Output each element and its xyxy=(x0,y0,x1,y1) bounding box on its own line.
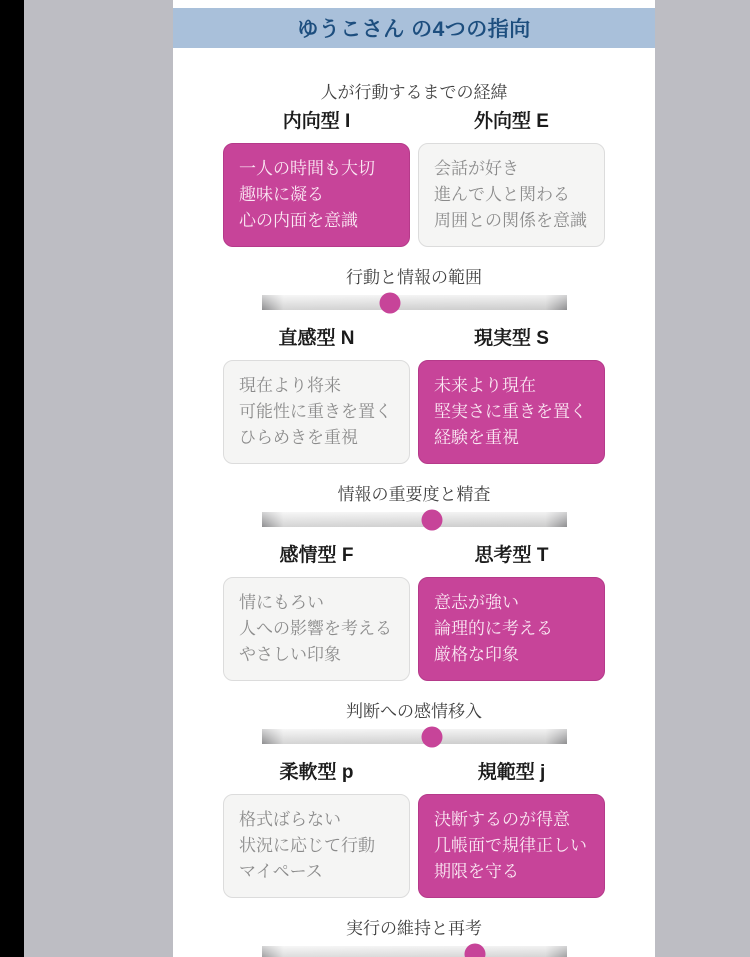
trait-line: 心の内面を意識 xyxy=(239,208,394,234)
trait-line: 情にもろい xyxy=(239,590,394,616)
trait-box: 会話が好き 進んで人と関わる 周囲との関係を意識 xyxy=(418,143,605,247)
trait-line: マイペース xyxy=(239,859,394,885)
slider-track xyxy=(262,512,567,527)
trait-box-row: 現在より将来 可能性に重きを置く ひらめきを重視 未来より現在 堅実さに重きを置… xyxy=(173,360,655,464)
type-heading-right: 外向型 E xyxy=(418,111,605,133)
trait-box-selected: 未来より現在 堅実さに重きを置く 経験を重視 xyxy=(418,360,605,464)
slider-label: 情報の重要度と精査 xyxy=(173,480,655,505)
slider-track xyxy=(262,946,567,957)
left-black-edge xyxy=(0,0,24,957)
type-heading-row: 感情型 F 思考型 T xyxy=(173,545,655,567)
type-heading-row: 内向型 I 外向型 E xyxy=(173,111,655,133)
section-i-e: 内向型 I 外向型 E 一人の時間も大切 趣味に凝る 心の内面を意識 会話が好き… xyxy=(173,111,655,310)
trait-line: 会話が好き xyxy=(434,156,589,182)
trait-line: 可能性に重きを置く xyxy=(239,399,394,425)
trait-line: 几帳面で規律正しい xyxy=(434,833,589,859)
trait-box-selected: 決断するのが得意 几帳面で規律正しい 期限を守る xyxy=(418,794,605,898)
right-gutter xyxy=(655,0,750,957)
trait-box-row: 格式ばらない 状況に応じて行動 マイペース 決断するのが得意 几帳面で規律正しい… xyxy=(173,794,655,898)
type-heading-left: 感情型 F xyxy=(223,545,410,567)
intro-label: 人が行動するまでの経緯 xyxy=(173,78,655,103)
section-f-t: 感情型 F 思考型 T 情にもろい 人への影響を考える やさしい印象 意志が強い… xyxy=(173,545,655,744)
type-heading-right: 規範型 j xyxy=(418,762,605,784)
type-heading-left: 柔軟型 p xyxy=(223,762,410,784)
type-heading-left: 直感型 N xyxy=(223,328,410,350)
type-heading-right: 思考型 T xyxy=(418,545,605,567)
type-heading-left: 内向型 I xyxy=(223,111,410,133)
title-bar: ゆうこさん の4つの指向 xyxy=(173,8,655,48)
slider-thumb xyxy=(422,509,443,530)
trait-line: 進んで人と関わる xyxy=(434,182,589,208)
trait-line: 意志が強い xyxy=(434,590,589,616)
slider-track xyxy=(262,295,567,310)
section-p-j: 柔軟型 p 規範型 j 格式ばらない 状況に応じて行動 マイペース 決断するのが… xyxy=(173,762,655,957)
slider-thumb xyxy=(379,292,400,313)
trait-line: 厳格な印象 xyxy=(434,642,589,668)
content-area: ゆうこさん の4つの指向 人が行動するまでの経緯 内向型 I 外向型 E 一人の… xyxy=(173,0,655,957)
page-title: ゆうこさん の4つの指向 xyxy=(297,13,531,43)
trait-line: 経験を重視 xyxy=(434,425,589,451)
type-heading-row: 柔軟型 p 規範型 j xyxy=(173,762,655,784)
left-gutter xyxy=(24,0,173,957)
trait-line: 周囲との関係を意識 xyxy=(434,208,589,234)
slider-track xyxy=(262,729,567,744)
trait-line: 格式ばらない xyxy=(239,807,394,833)
trait-box: 格式ばらない 状況に応じて行動 マイペース xyxy=(223,794,410,898)
trait-line: ひらめきを重視 xyxy=(239,425,394,451)
trait-box-selected: 意志が強い 論理的に考える 厳格な印象 xyxy=(418,577,605,681)
trait-line: 一人の時間も大切 xyxy=(239,156,394,182)
trait-line: 現在より将来 xyxy=(239,373,394,399)
trait-line: 堅実さに重きを置く xyxy=(434,399,589,425)
slider-thumb xyxy=(422,726,443,747)
trait-line: 決断するのが得意 xyxy=(434,807,589,833)
trait-line: 状況に応じて行動 xyxy=(239,833,394,859)
trait-box-row: 情にもろい 人への影響を考える やさしい印象 意志が強い 論理的に考える 厳格な… xyxy=(173,577,655,681)
trait-line: 未来より現在 xyxy=(434,373,589,399)
trait-line: 期限を守る xyxy=(434,859,589,885)
slider-label: 行動と情報の範囲 xyxy=(173,263,655,288)
type-heading-right: 現実型 S xyxy=(418,328,605,350)
trait-box: 現在より将来 可能性に重きを置く ひらめきを重視 xyxy=(223,360,410,464)
trait-line: やさしい印象 xyxy=(239,642,394,668)
slider-thumb xyxy=(465,943,486,957)
trait-line: 趣味に凝る xyxy=(239,182,394,208)
trait-box-row: 一人の時間も大切 趣味に凝る 心の内面を意識 会話が好き 進んで人と関わる 周囲… xyxy=(173,143,655,247)
trait-line: 人への影響を考える xyxy=(239,616,394,642)
trait-box-selected: 一人の時間も大切 趣味に凝る 心の内面を意識 xyxy=(223,143,410,247)
type-heading-row: 直感型 N 現実型 S xyxy=(173,328,655,350)
slider-label: 実行の維持と再考 xyxy=(173,914,655,939)
section-n-s: 直感型 N 現実型 S 現在より将来 可能性に重きを置く ひらめきを重視 未来よ… xyxy=(173,328,655,527)
trait-line: 論理的に考える xyxy=(434,616,589,642)
slider-label: 判断への感情移入 xyxy=(173,697,655,722)
trait-box: 情にもろい 人への影響を考える やさしい印象 xyxy=(223,577,410,681)
